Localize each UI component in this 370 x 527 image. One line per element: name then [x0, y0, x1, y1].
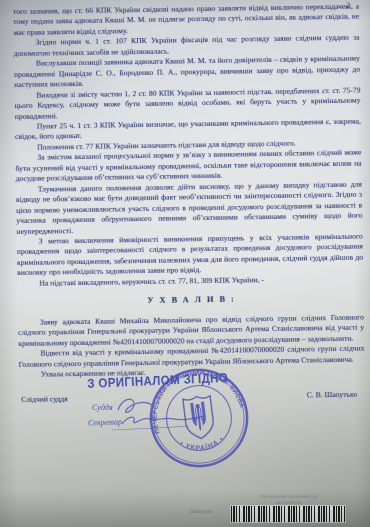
- footer-court-name: Печерський районний суд міста Києва: [236, 495, 342, 506]
- registration-barcode: [231, 506, 345, 522]
- signature-row: Слідчий суддя С. В. Шапутько: [19, 390, 365, 406]
- footer-clerk-name: Шапутько: [190, 509, 213, 515]
- body-paragraph: З метою виключення ймовірності виникненн…: [17, 232, 364, 279]
- document-photo: 2 того зазначив, що ст. 66 КПК України с…: [0, 0, 370, 527]
- body-paragraph: Тлумачення даного положення дозволяє дій…: [16, 179, 363, 237]
- judge-role-label: Слідчий суддя: [21, 395, 68, 406]
- ruling-text: того зазначив, що ст. 66 КПК України сві…: [13, 2, 365, 406]
- secretary-signature-label: Секретар: [88, 417, 122, 427]
- svg-text:• УКРАЇНА •: • УКРАЇНА •: [178, 435, 227, 455]
- ruling-heading: УХВАЛИВ:: [18, 293, 364, 309]
- seal-text-bottom: • УКРАЇНА •: [178, 435, 227, 455]
- judge-name: С. В. Шапутько: [307, 390, 358, 401]
